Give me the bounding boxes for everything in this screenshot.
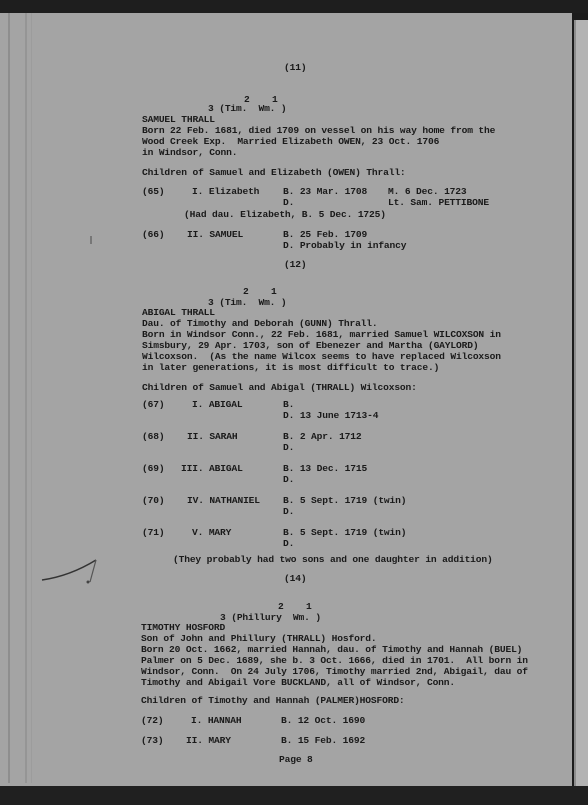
child-birth: B. 15 Feb. 1692 <box>281 735 365 747</box>
child-number: (69) <box>142 463 164 475</box>
child-name: V. MARY <box>192 527 231 539</box>
child-name: I. ABIGAL <box>192 399 242 411</box>
child-number: (72) <box>141 715 163 727</box>
generation-line: 3 (Tim. Wm. ) <box>208 103 287 115</box>
children-heading: Children of Samuel and Elizabeth (OWEN) … <box>142 167 406 179</box>
binding-line <box>31 13 32 783</box>
child-birth: B. 12 Oct. 1690 <box>281 715 365 727</box>
scan-top-border <box>0 0 588 13</box>
child-birth: B. 23 Mar. 1708 <box>283 186 367 198</box>
bio-line: Timothy and Abigail Vore BUCKLAND, all o… <box>141 677 455 689</box>
child-birth: B. 5 Sept. 1719 (twin) <box>283 527 406 539</box>
scan-bottom-border <box>0 786 588 805</box>
child-name: III. ABIGAL <box>181 463 243 475</box>
child-number: (66) <box>142 229 164 241</box>
child-birth: B. 13 Dec. 1715 <box>283 463 367 475</box>
child-death: D. 13 June 1713-4 <box>283 410 378 422</box>
child-death: D. Probably in infancy <box>283 240 406 252</box>
bio-line: in Windsor, Conn. <box>142 147 237 159</box>
child-name: IV. NATHANIEL <box>187 495 260 507</box>
child-name: I. HANNAH <box>191 715 241 727</box>
children-heading: Children of Samuel and Abigal (THRALL) W… <box>142 382 417 394</box>
child-spouse: Lt. Sam. PETTIBONE <box>388 197 489 209</box>
page-number: (11) <box>284 62 306 74</box>
binding-line <box>25 13 27 783</box>
child-name: II. MARY <box>186 735 231 747</box>
child-number: (68) <box>142 431 164 443</box>
generation-line: 3 (Tim. Wm. ) <box>208 297 287 309</box>
child-name: I. Elizabeth <box>192 186 259 198</box>
page-number: (14) <box>284 573 306 585</box>
child-number: (73) <box>141 735 163 747</box>
child-death: D. <box>283 197 294 209</box>
child-name: II. SARAH <box>187 431 237 443</box>
bio-line: in later generations, it is most difficu… <box>142 362 439 374</box>
children-heading: Children of Timothy and Hannah (PALMER)H… <box>141 695 405 707</box>
child-name: II. SAMUEL <box>187 229 243 241</box>
section-note: (They probably had two sons and one daug… <box>173 554 493 566</box>
child-note: (Had dau. Elizabeth, B. 5 Dec. 1725) <box>184 209 386 221</box>
child-death: D. <box>283 474 294 486</box>
next-page-edge <box>574 20 588 786</box>
child-birth: B. 5 Sept. 1719 (twin) <box>283 495 406 507</box>
child-number: (65) <box>142 186 164 198</box>
page-footer: Page 8 <box>279 754 313 766</box>
child-death: D. <box>283 442 294 454</box>
pen-mark-icon <box>40 552 110 592</box>
stray-mark <box>90 236 92 244</box>
page-number: (12) <box>284 259 306 271</box>
child-number: (67) <box>142 399 164 411</box>
child-number: (71) <box>142 527 164 539</box>
binding-line <box>8 13 10 783</box>
child-birth: B. 2 Apr. 1712 <box>283 431 362 443</box>
generation-line: 3 (Phillury Wm. ) <box>220 612 321 624</box>
child-number: (70) <box>142 495 164 507</box>
child-death: D. <box>283 538 294 550</box>
child-death: D. <box>283 506 294 518</box>
